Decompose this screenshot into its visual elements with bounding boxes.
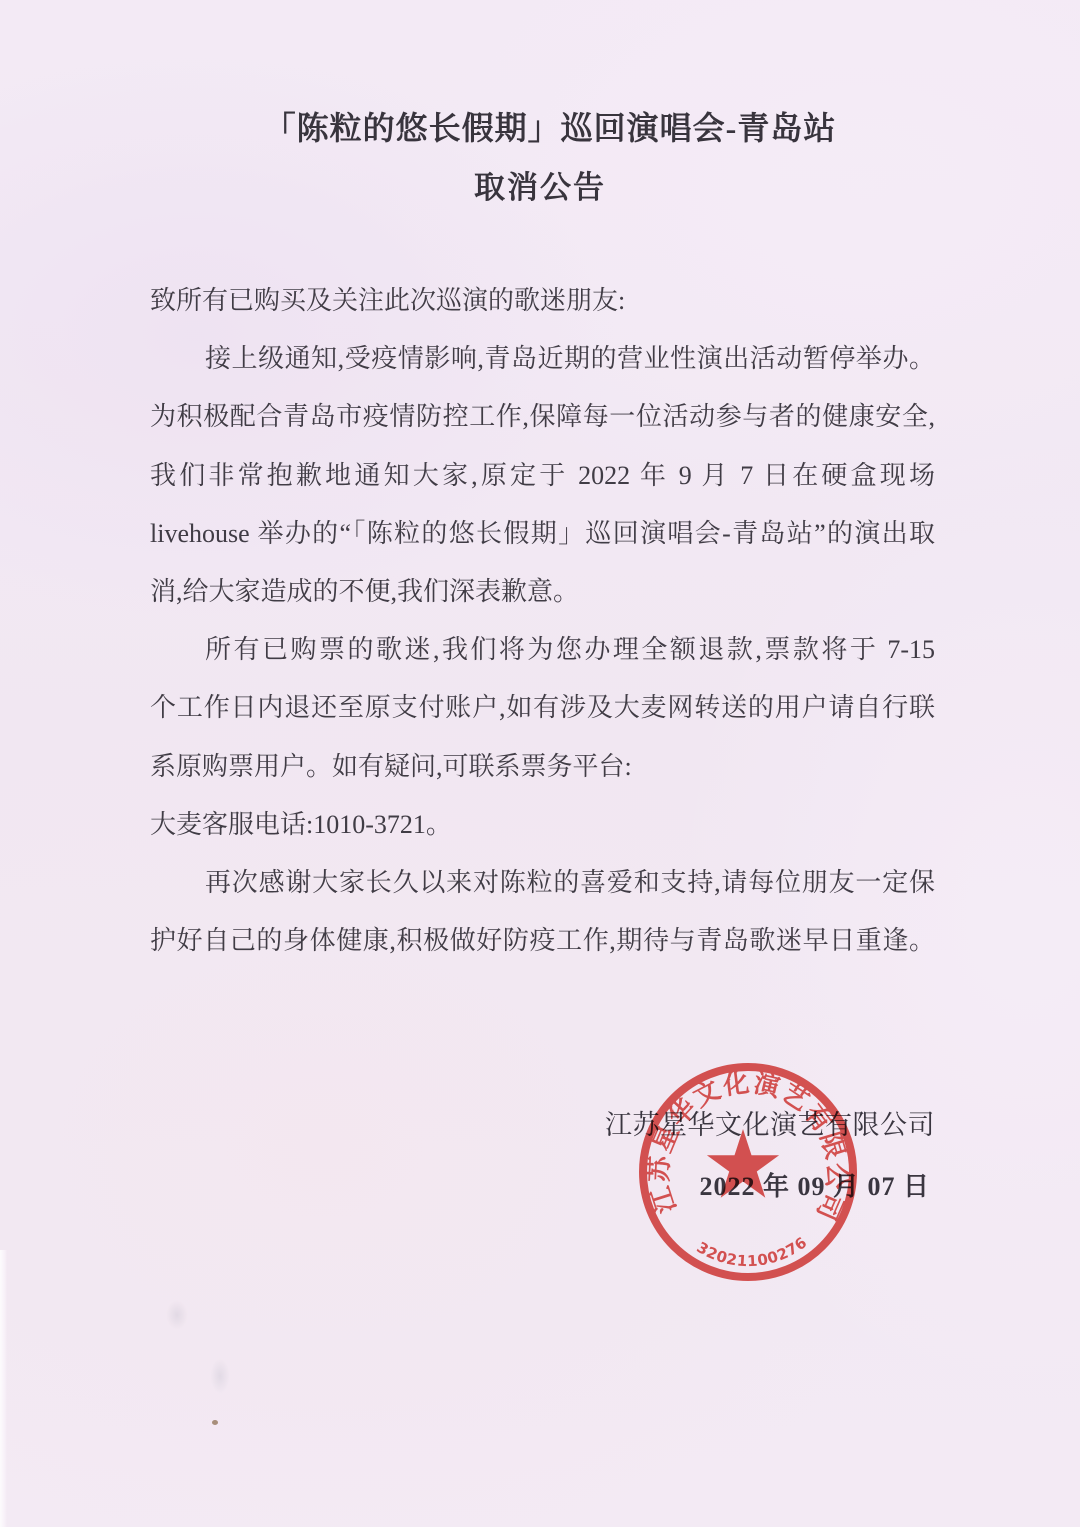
- paper-smudge: [210, 1358, 230, 1394]
- body-line: 系原购票用户。如有疑问,可联系票务平台:: [150, 738, 935, 796]
- paper-scan-edge: [0, 1250, 7, 1527]
- document-subtitle: 取消公告: [0, 162, 1080, 207]
- document-title: 「陈粒的悠长假期」巡回演唱会-青岛站: [0, 103, 1080, 149]
- body-line: 我们非常抱歉地通知大家,原定于 2022 年 9 月 7 日在硬盒现场: [150, 447, 935, 505]
- body-line: 接上级通知,受疫情影响,青岛近期的营业性演出活动暂停举办。: [150, 330, 935, 388]
- body-line: 再次感谢大家长久以来对陈粒的喜爱和支持,请每位朋友一定保: [150, 854, 935, 912]
- body-line-salutation: 致所有已购买及关注此次巡演的歌迷朋友:: [150, 272, 935, 330]
- paper-speck: [212, 1420, 218, 1425]
- paper-smudge: [166, 1300, 188, 1330]
- scanned-document-page: { "page": { "background": "#f2e9f4", "in…: [0, 0, 1080, 1527]
- body-line: 护好自己的身体健康,积极做好防疫工作,期待与青岛歌迷早日重逢。: [150, 912, 935, 970]
- body-line: livehouse 举办的“「陈粒的悠长假期」巡回演唱会-青岛站”的演出取: [150, 505, 935, 563]
- body-line-hotline: 大麦客服电话:1010-3721。: [150, 796, 935, 854]
- company-seal-stamp: 江苏星华文化演艺有限公司 3202110027694: [628, 1052, 868, 1292]
- body-line: 为积极配合青岛市疫情防控工作,保障每一位活动参与者的健康安全,: [150, 388, 935, 446]
- body-line: 个工作日内退还至原支付账户,如有涉及大麦网转送的用户请自行联: [150, 679, 935, 737]
- document-body: 致所有已购买及关注此次巡演的歌迷朋友: 接上级通知,受疫情影响,青岛近期的营业性…: [150, 272, 935, 970]
- seal-star-icon: [707, 1129, 779, 1198]
- body-line: 所有已购票的歌迷,我们将为您办理全额退款,票款将于 7-15: [150, 621, 935, 679]
- body-line: 消,给大家造成的不便,我们深表歉意。: [150, 563, 935, 621]
